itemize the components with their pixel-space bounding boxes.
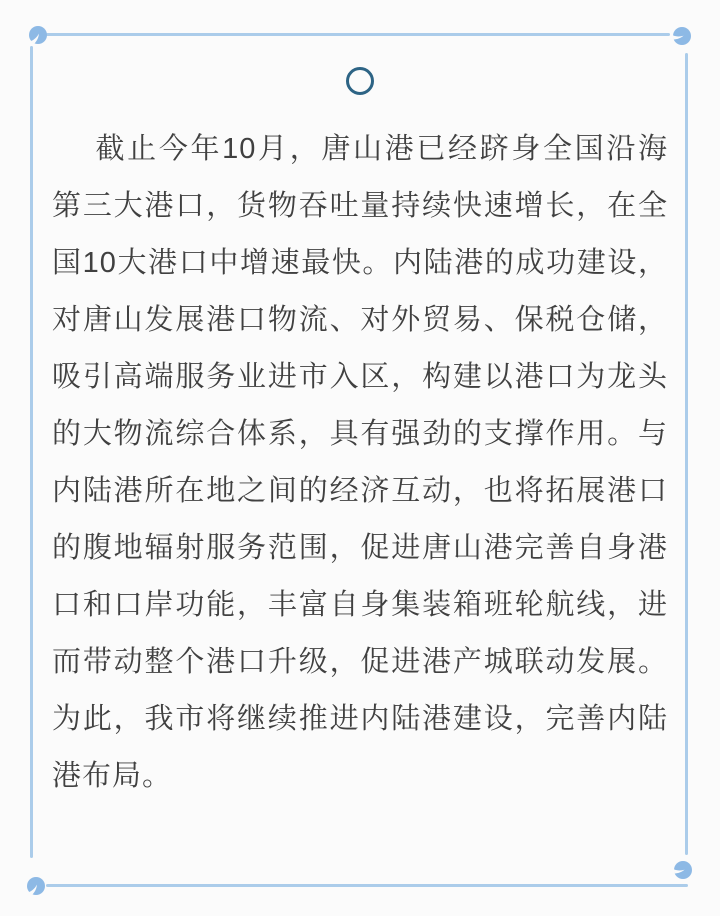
frame-border-bottom xyxy=(46,884,688,887)
paragraph-line: 国10大港口中增速最快。内陆港的成功建设， xyxy=(52,235,668,292)
paragraph-line: 的大物流综合体系，具有强劲的支撑作用。与 xyxy=(52,406,668,463)
corner-swirl-icon xyxy=(27,877,45,895)
paragraph-line: 内陆港所在地之间的经济互动，也将拓展港口 xyxy=(52,463,668,520)
paragraph-line: 的腹地辐射服务范围，促进唐山港完善自身港 xyxy=(52,520,668,577)
frame-border-left xyxy=(30,46,33,858)
paragraph-line: 吸引高端服务业进市入区，构建以港口为龙头 xyxy=(52,349,668,406)
paragraph-line: 对唐山发展港口物流、对外贸易、保税仓储， xyxy=(52,292,668,349)
article-paragraph: 截止今年10月，唐山港已经跻身全国沿海第三大港口，货物吞吐量持续快速增长，在全国… xyxy=(52,121,668,805)
paragraph-line: 第三大港口，货物吞吐量持续快速增长，在全 xyxy=(52,178,668,235)
paragraph-line: 港布局。 xyxy=(52,748,668,805)
paragraph-line: 截止今年10月，唐山港已经跻身全国沿海 xyxy=(52,121,668,178)
frame-border-right xyxy=(685,53,688,855)
paragraph-line: 而带动整个港口升级，促进港产城联动发展。 xyxy=(52,634,668,691)
frame-border-top xyxy=(46,33,670,36)
article-page: { "page": { "background_color": "#fbfbfb… xyxy=(0,0,720,916)
paragraph-line: 为此，我市将继续推进内陆港建设，完善内陆 xyxy=(52,691,668,748)
corner-swirl-icon xyxy=(673,27,691,45)
paragraph-line: 口和口岸功能，丰富自身集装箱班轮航线，进 xyxy=(52,577,668,634)
corner-swirl-icon xyxy=(29,26,47,44)
decorative-circle-icon xyxy=(346,67,374,95)
corner-swirl-icon xyxy=(674,861,692,879)
